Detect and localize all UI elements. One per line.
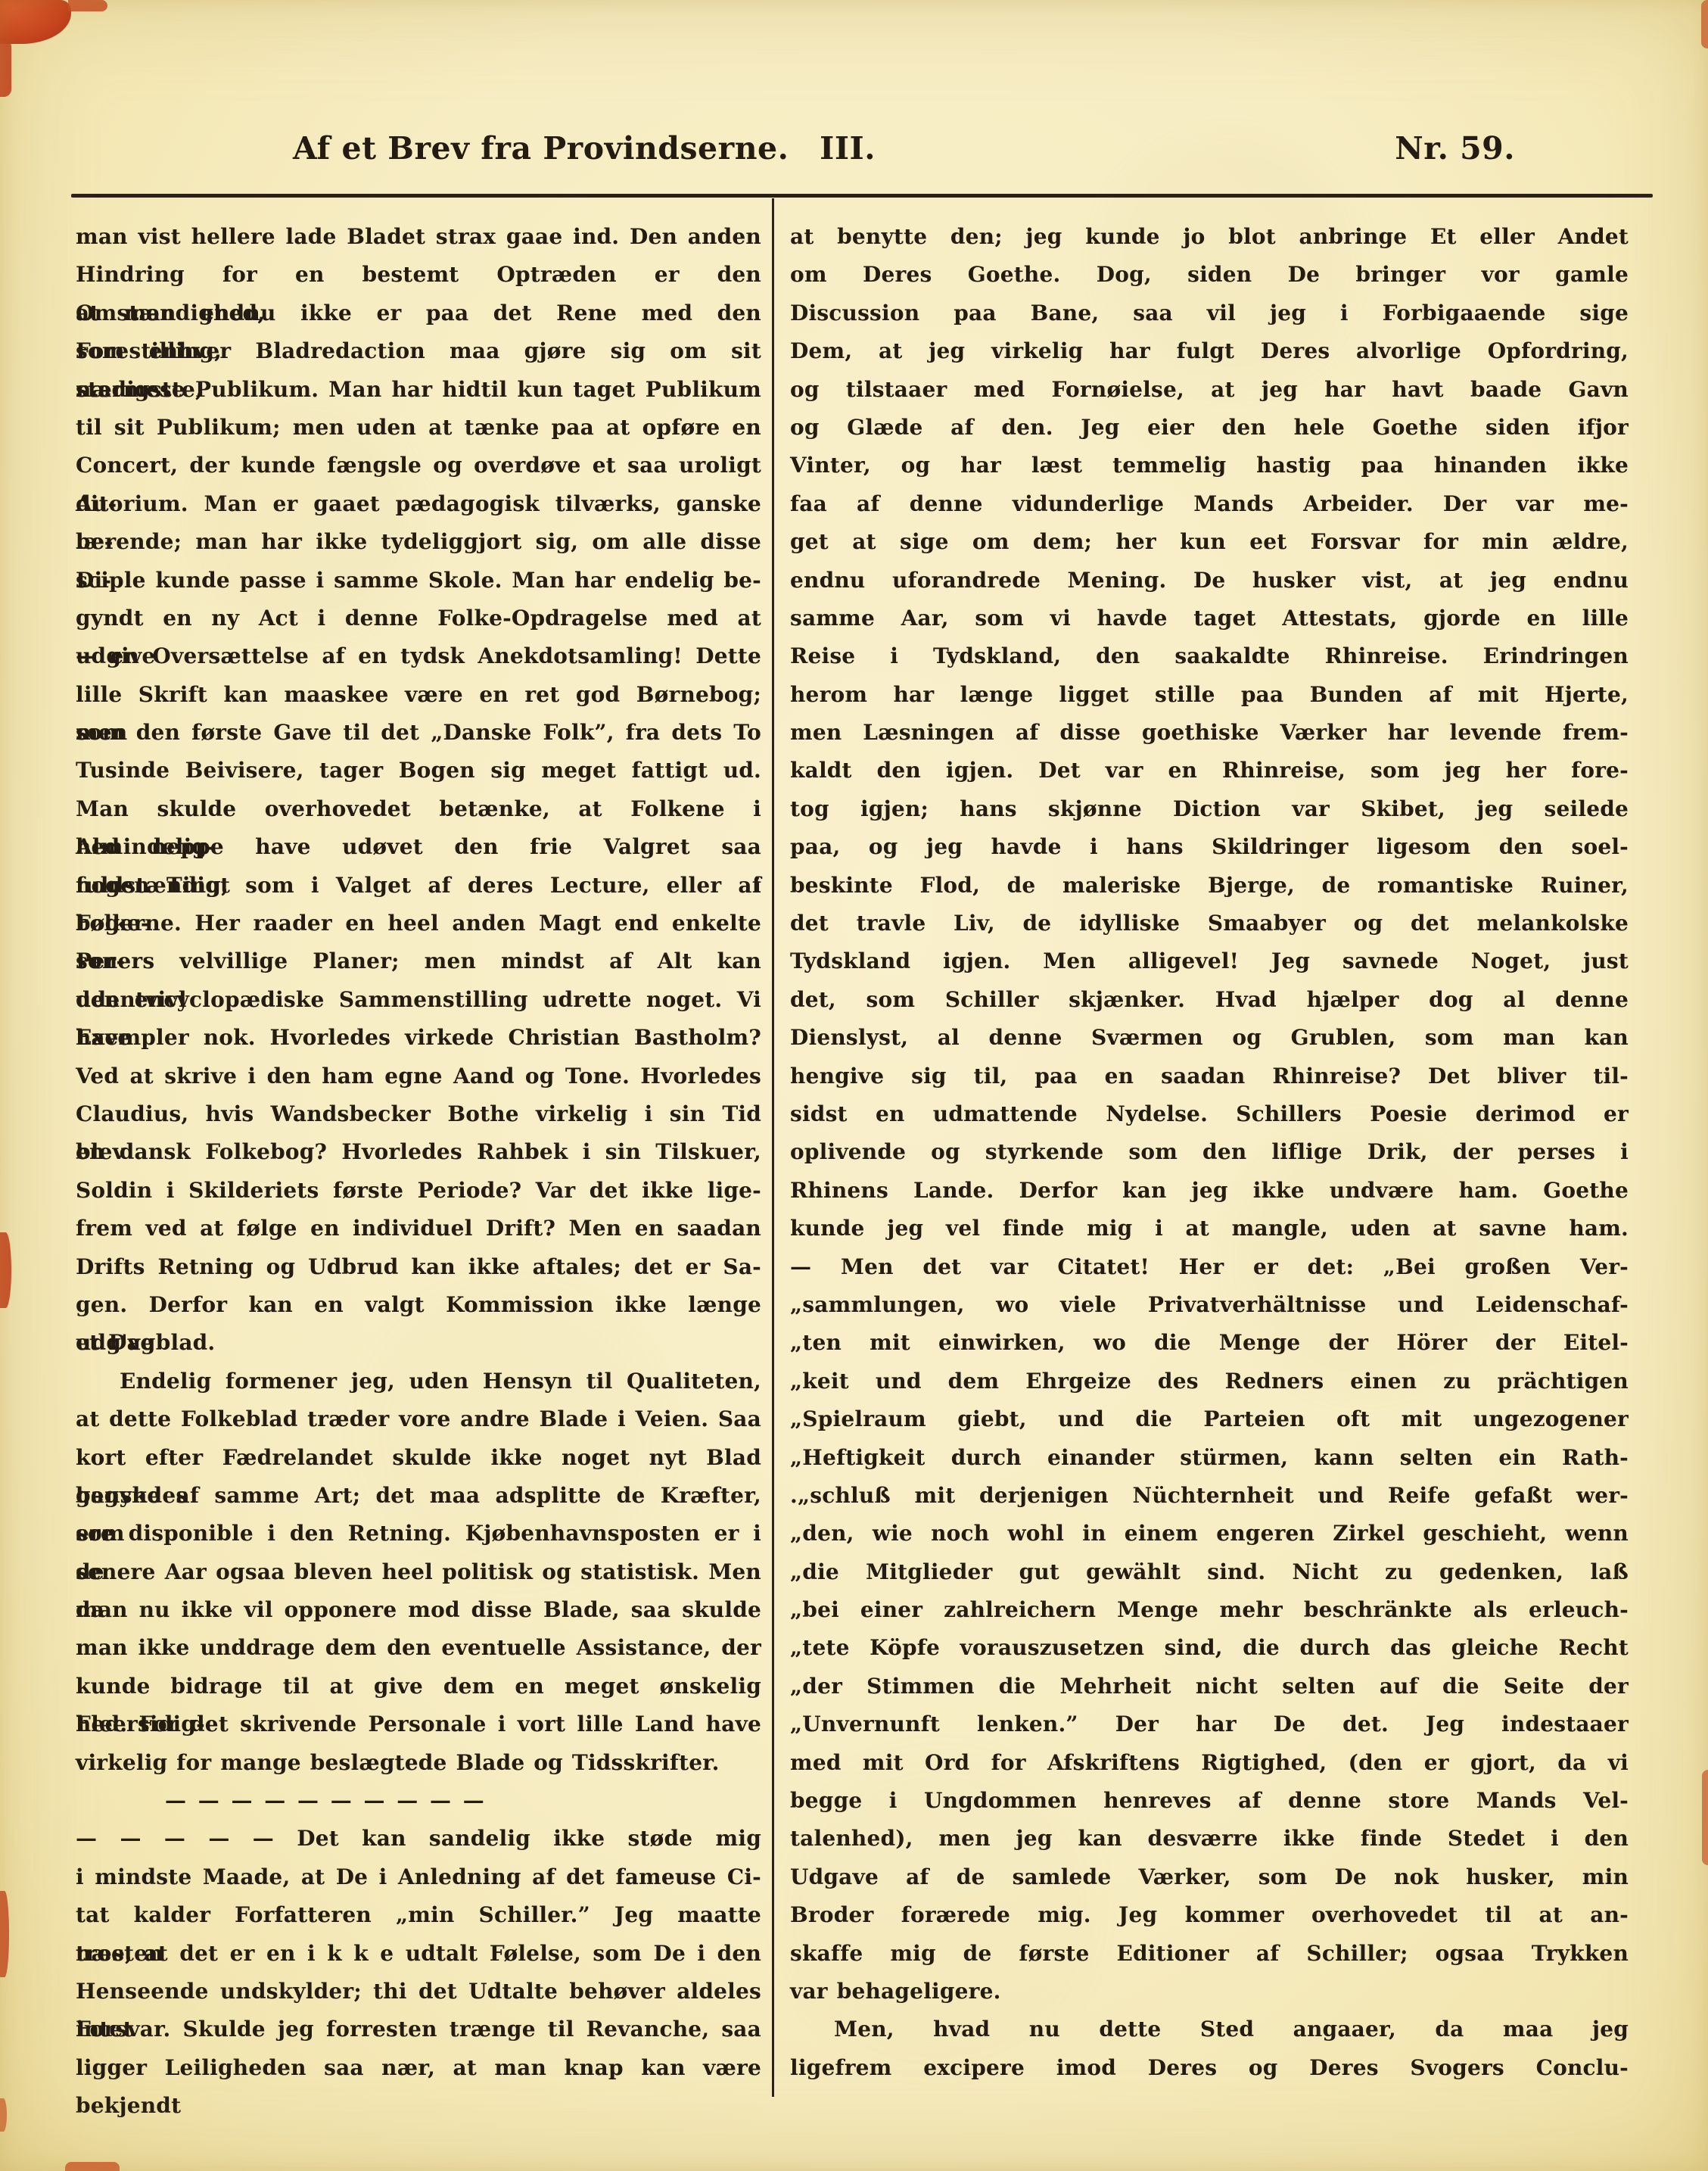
text-line: hed neppe have udøvet den frie Valgret s… — [76, 828, 761, 866]
text-line: kaldt den igjen. Det var en Rhinreise, s… — [790, 752, 1629, 790]
issue-number: Nr. 59. — [1395, 130, 1515, 167]
red-edge-mark — [0, 1891, 9, 1977]
text-line: Ved at skrive i den ham egne Aand og Ton… — [76, 1057, 761, 1095]
text-line: paa, og jeg havde i hans Skildringer lig… — [790, 828, 1629, 866]
text-line: ditorium. Man er gaaet pædagogisk tilvær… — [76, 485, 761, 523]
header-rule — [71, 194, 1653, 198]
text-line: Dienslyst, al denne Sværmen og Grublen, … — [790, 1019, 1629, 1057]
text-line: Soldin i Skilderiets første Periode? Var… — [76, 1172, 761, 1210]
running-head: Af et Brev fra Provindserne. III. Nr. 59… — [72, 130, 1650, 176]
column-divider-rule — [772, 198, 774, 2097]
text-line: „Unvernunft lenken.” Der har De det. Jeg… — [790, 1705, 1629, 1743]
text-line: man ikke unddrage dem den eventuelle Ass… — [76, 1629, 761, 1667]
text-line: „sammlungen, wo viele Privatverhältnisse… — [790, 1286, 1629, 1324]
text-line: Tusinde Beivisere, tager Bogen sig meget… — [76, 752, 761, 790]
text-line: gen. Derfor kan en valgt Kommission ikke… — [76, 1286, 761, 1324]
text-line: det, som Schiller skjænker. Hvad hjælper… — [790, 981, 1629, 1019]
page-title: Af et Brev fra Provindserne. — [293, 130, 789, 167]
red-edge-mark — [1702, 1770, 1708, 1865]
text-line: Reise i Tydskland, den saakaldte Rhinrei… — [790, 637, 1629, 675]
text-line: Drifts Retning og Udbrud kan ikke aftale… — [76, 1248, 761, 1286]
text-line: det travle Liv, de idylliske Smaabyer og… — [790, 905, 1629, 942]
text-line: stadigste Publikum. Man har hidtil kun t… — [76, 371, 761, 409]
text-line: ganske af samme Art; det maa adsplitte d… — [76, 1477, 761, 1515]
red-edge-mark — [0, 0, 71, 44]
text-line: faa af denne vidunderlige Mands Arbeider… — [790, 485, 1629, 523]
text-line: sidst en udmattende Nydelse. Schillers P… — [790, 1095, 1629, 1133]
red-edge-mark — [1701, 0, 1708, 48]
text-line: lille Skrift kan maaskee være en ret god… — [76, 676, 761, 714]
text-line: Men, hvad nu dette Sted angaaer, da maa … — [790, 2011, 1629, 2048]
page-title-group: Af et Brev fra Provindserne. III. — [293, 130, 876, 167]
text-line: virkelig for mange beslægtede Blade og T… — [76, 1744, 761, 1782]
text-line: — — — — — — — — — — — [76, 1782, 761, 1820]
red-edge-mark — [65, 2162, 120, 2171]
text-line: — — — — — Det kan sandelig ikke støde mi… — [76, 1820, 761, 1858]
text-line: Udgave af de samlede Værker, som De nok … — [790, 1858, 1629, 1896]
text-line: hed. For det skrivende Personale i vort … — [76, 1705, 761, 1743]
text-line: man vist hellere lade Bladet strax gaae … — [76, 218, 761, 256]
text-line: at benytte den; jeg kunde jo blot anbrin… — [790, 218, 1629, 256]
text-line: talenhed), men jeg kan desværre ikke fin… — [790, 1820, 1629, 1858]
text-line: — en Oversættelse af en tydsk Anekdotsam… — [76, 637, 761, 675]
text-line: „der Stimmen die Mehrheit nicht selten a… — [790, 1668, 1629, 1705]
text-line: „Heftigkeit durch einander stürmen, kann… — [790, 1439, 1629, 1477]
text-line: Vinter, og har læst temmelig hastig paa … — [790, 447, 1629, 484]
scanned-page: Af et Brev fra Provindserne. III. Nr. 59… — [0, 0, 1708, 2171]
text-line: at man endnu ikke er paa det Rene med de… — [76, 294, 761, 332]
red-edge-mark — [0, 39, 11, 97]
text-line: et Dagblad. — [76, 1324, 761, 1362]
text-line: herom har længe ligget stille paa Bunden… — [790, 676, 1629, 714]
text-line: beskinte Flod, de maleriske Bjerge, de r… — [790, 867, 1629, 905]
text-line: troe, at det er en i k k e udtalt Følels… — [76, 1935, 761, 1973]
text-line: Discussion paa Bane, saa vil jeg i Forbi… — [790, 294, 1629, 332]
text-line: ligefrem excipere imod Deres og Deres Sv… — [790, 2049, 1629, 2087]
text-line: Concert, der kunde fængsle og overdøve e… — [76, 447, 761, 484]
part-number: III. — [808, 130, 876, 167]
text-line: tat kalder Forfatteren „min Schiller.” J… — [76, 1896, 761, 1934]
text-line: „bei einer zahlreichern Menge mehr besch… — [790, 1591, 1629, 1629]
text-line: frem ved at følge en individuel Drift? M… — [76, 1210, 761, 1247]
text-line: ligger Leiligheden saa nær, at man knap … — [76, 2049, 761, 2087]
text-line: og tilstaaer med Fornøielse, at jeg har … — [790, 371, 1629, 409]
text-line: Broder forærede mig. Jeg kommer overhove… — [790, 1896, 1629, 1934]
text-line: var behageligere. — [790, 1973, 1629, 2011]
text-line: en dansk Folkebog? Hvorledes Rahbek i si… — [76, 1133, 761, 1171]
text-line: i mindste Maade, at De i Anledning af de… — [76, 1858, 761, 1896]
text-line: hengive sig til, paa en saadan Rhinreise… — [790, 1057, 1629, 1095]
red-edge-mark — [0, 2098, 7, 2132]
text-line: som enhver Bladredaction maa gjøre sig o… — [76, 332, 761, 370]
text-line: endnu uforandrede Mening. De husker vist… — [790, 562, 1629, 600]
right-column: at benytte den; jeg kunde jo blot anbrin… — [790, 218, 1629, 2087]
text-line: den encyclopædiske Sammenstilling udrett… — [76, 981, 761, 1019]
text-line: Man skulde overhovedet betænke, at Folke… — [76, 790, 761, 828]
text-line: Henseende undskylder; thi det Udtalte be… — [76, 1973, 761, 2011]
text-line: „tete Köpfe vorauszusetzen sind, die dur… — [790, 1629, 1629, 1667]
red-edge-mark — [68, 0, 107, 11]
text-line: som den første Gave til det „Danske Folk… — [76, 714, 761, 752]
text-line: Hindring for en bestemt Optræden er den … — [76, 256, 761, 294]
text-line: .„schluß mit derjenigen Nüchternheit und… — [790, 1477, 1629, 1515]
text-line: tog igjen; hans skjønne Diction var Skib… — [790, 790, 1629, 828]
text-line: „die Mitglieder gut gewählt sind. Nicht … — [790, 1553, 1629, 1591]
text-line: gyndt en ny Act i denne Folke-Opdragelse… — [76, 600, 761, 637]
text-line: Forsvar. Skulde jeg forresten trænge til… — [76, 2011, 761, 2048]
text-line: oplivende og styrkende som den liflige D… — [790, 1133, 1629, 1171]
text-line: Endelig formener jeg, uden Hensyn til Qu… — [76, 1363, 761, 1400]
text-line: lærende; man har ikke tydeliggjort sig, … — [76, 523, 761, 561]
text-line: Claudius, hvis Wandsbecker Bothe virkeli… — [76, 1095, 761, 1133]
text-line: men Læsningen af disse goethiske Værker … — [790, 714, 1629, 752]
text-line: kort efter Fædrelandet skulde ikke noget… — [76, 1439, 761, 1477]
text-line: man nu ikke vil opponere mod disse Blade… — [76, 1591, 761, 1629]
text-line: „ten mit einwirken, wo die Menge der Hör… — [790, 1324, 1629, 1362]
text-line: — Men det var Citatet! Her er det: „Bei … — [790, 1248, 1629, 1286]
left-column: man vist hellere lade Bladet strax gaae … — [76, 218, 761, 2087]
text-line: at dette Folkeblad træder vore andre Bla… — [76, 1400, 761, 1438]
text-line: ere disponible i den Retning. Kjøbenhavn… — [76, 1515, 761, 1553]
text-line: til sit Publikum; men uden at tænke paa … — [76, 409, 761, 447]
text-line: skaffe mig de første Editioner af Schill… — [790, 1935, 1629, 1973]
text-line: „Spielraum giebt, und die Parteien oft m… — [790, 1400, 1629, 1438]
text-line: „keit und dem Ehrgeize des Redners einen… — [790, 1363, 1629, 1400]
text-line: Dem, at jeg virkelig har fulgt Deres alv… — [790, 332, 1629, 370]
text-line: om Deres Goethe. Dog, siden De bringer v… — [790, 256, 1629, 294]
text-line: bøgerne. Her raader en heel anden Magt e… — [76, 905, 761, 942]
text-line: kunde jeg vel finde mig i at mangle, ude… — [790, 1210, 1629, 1247]
text-line: „den, wie noch wohl in einem engeren Zir… — [790, 1515, 1629, 1553]
text-line: med mit Ord for Afskriftens Rigtighed, (… — [790, 1744, 1629, 1782]
text-line: Tydskland igjen. Men alligevel! Jeg savn… — [790, 942, 1629, 980]
text-line: get at sige om dem; her kun eet Forsvar … — [790, 523, 1629, 561]
text-line: soners velvillige Planer; men mindst af … — [76, 942, 761, 980]
text-line: nogen Ting, som i Valget af deres Lectur… — [76, 867, 761, 905]
text-line: kunde bidrage til at give dem en meget ø… — [76, 1668, 761, 1705]
text-line: Exempler nok. Hvorledes virkede Christia… — [76, 1019, 761, 1057]
red-edge-mark — [0, 1232, 11, 1308]
text-line: sciple kunde passe i samme Skole. Man ha… — [76, 562, 761, 600]
text-line: og Glæde af den. Jeg eier den hele Goeth… — [790, 409, 1629, 447]
text-line: begge i Ungdommen henreves af denne stor… — [790, 1782, 1629, 1820]
text-line: Rhinens Lande. Derfor kan jeg ikke undvæ… — [790, 1172, 1629, 1210]
text-line: samme Aar, som vi havde taget Attestats,… — [790, 600, 1629, 637]
text-line: senere Aar ogsaa bleven heel politisk og… — [76, 1553, 761, 1591]
